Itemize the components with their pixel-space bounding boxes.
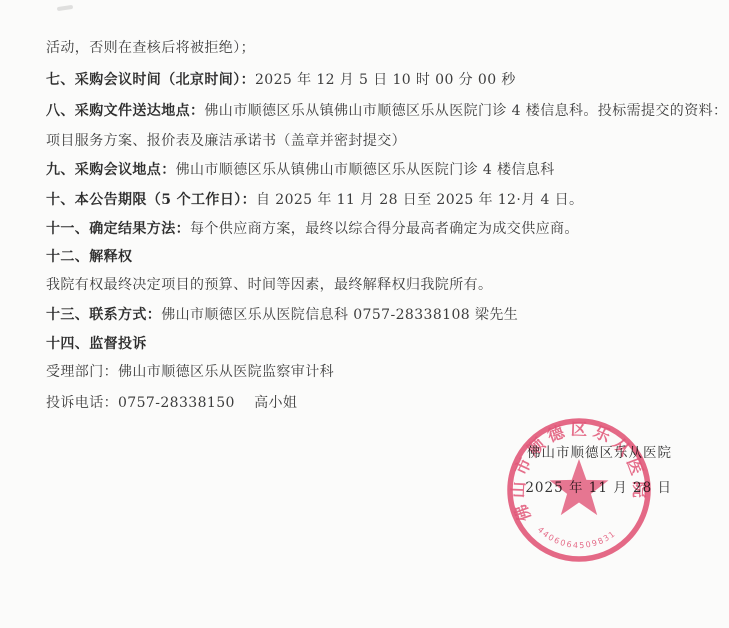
paragraph-text: 投诉电话：0757-28338150 高小姐	[46, 395, 297, 411]
scanned-document-page: 活动，否则在查核后将被拒绝）； 七、采购会议时间（北京时间）：2025 年 12…	[0, 0, 729, 628]
paragraph: 十四、监督投诉	[46, 334, 719, 354]
paragraph: 我院有权最终决定项目的预算、时间等因素，最终解释权归我院所有。	[46, 275, 719, 295]
paragraph-heading: 十一、确定结果方法：	[46, 221, 190, 237]
paragraph-heading: 十四、监督投诉	[46, 336, 147, 352]
paragraph-text: 我院有权最终决定项目的预算、时间等因素，最终解释权归我院所有。	[46, 277, 492, 293]
paragraph-heading: 十三、联系方式：	[46, 307, 161, 323]
paragraph: 十一、确定结果方法：每个供应商方案，最终以综合得分最高者确定为成交供应商。	[46, 219, 719, 239]
paragraph: 十、本公告期限（5 个工作日）：自 2025 年 11 月 28 日至 2025…	[46, 190, 719, 210]
paragraph: 十三、联系方式：佛山市顺德区乐从医院信息科 0757-28338108 梁先生	[46, 305, 719, 325]
paragraph: 八、采购文件送达地点：佛山市顺德区乐从镇佛山市顺德区乐从医院门诊 4 楼信息科。…	[46, 101, 719, 121]
paragraph: 受理部门：佛山市顺德区乐从医院监察审计科	[46, 362, 719, 382]
scan-smudge	[57, 5, 73, 11]
paragraph-text: 项目服务方案、报价表及廉洁承诺书（盖章并密封提交）	[46, 133, 406, 149]
paragraph-text: 活动，否则在查核后将被拒绝）；	[46, 40, 255, 56]
paragraph-heading: 八、采购文件送达地点：	[46, 103, 204, 119]
paragraph-text: 佛山市顺德区乐从镇佛山市顺德区乐从医院门诊 4 楼信息科。投标需提交的资料：	[204, 103, 727, 119]
paragraph-heading: 七、采购会议时间（北京时间）：	[46, 72, 255, 88]
seal-ring-text: 佛山市顺德区乐从医院	[509, 420, 651, 525]
paragraph: 活动，否则在查核后将被拒绝）；	[46, 38, 719, 58]
signature-date: 2025 年 11 月 28 日	[525, 476, 672, 496]
paragraph-text: 佛山市顺德区乐从医院信息科 0757-28338108 梁先生	[161, 307, 518, 323]
paragraph: 九、采购会议地点：佛山市顺德区乐从镇佛山市顺德区乐从医院门诊 4 楼信息科	[46, 160, 719, 180]
paragraph-heading: 十、本公告期限（5 个工作日）：	[46, 192, 256, 208]
signature-organization: 佛山市顺德区乐从医院	[527, 441, 672, 461]
paragraph-text: 自 2025 年 11 月 28 日至 2025 年 12·月 4 日。	[256, 192, 583, 208]
paragraph-text: 2025 年 12 月 5 日 10 时 00 分 00 秒	[255, 72, 516, 88]
paragraph: 项目服务方案、报价表及廉洁承诺书（盖章并密封提交）	[46, 131, 719, 151]
paragraph-heading: 九、采购会议地点：	[46, 162, 176, 178]
paragraph: 投诉电话：0757-28338150 高小姐	[46, 393, 719, 413]
paragraph: 十二、解释权	[46, 247, 719, 267]
seal-code: 4406064509831	[536, 525, 618, 550]
paragraph-text: 受理部门：佛山市顺德区乐从医院监察审计科	[46, 364, 334, 380]
paragraph-text: 佛山市顺德区乐从镇佛山市顺德区乐从医院门诊 4 楼信息科	[176, 162, 555, 178]
paragraph: 七、采购会议时间（北京时间）：2025 年 12 月 5 日 10 时 00 分…	[46, 70, 719, 90]
paragraph-text: 每个供应商方案，最终以综合得分最高者确定为成交供应商。	[190, 221, 579, 237]
paragraph-heading: 十二、解释权	[46, 249, 132, 265]
